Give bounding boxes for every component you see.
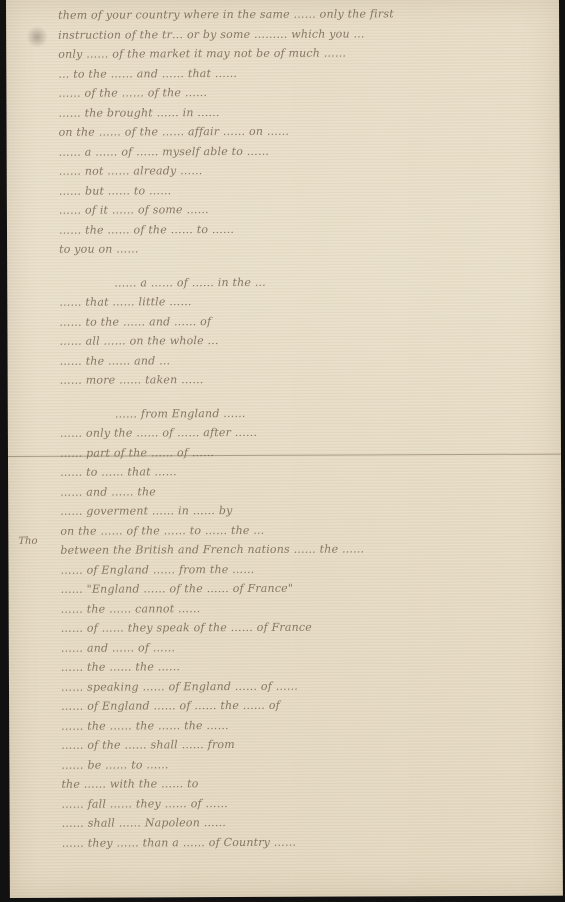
- handwritten-line: …… the …… and …: [60, 349, 560, 371]
- handwritten-line: on the …… of the …… to …… the …: [60, 519, 560, 541]
- handwritten-line: …… part of the …… of ……: [60, 441, 560, 463]
- letter-body: them of your country where in the same ……: [58, 4, 562, 853]
- handwritten-line: …… the …… the ……: [61, 656, 561, 678]
- paragraph-3: …… from England …… …… only the …… of …… …: [60, 402, 562, 853]
- handwritten-line: …… goverment …… in …… by: [60, 500, 560, 522]
- handwritten-line: only …… of the market it may not be of m…: [58, 43, 558, 65]
- handwritten-line: on the …… of the …… affair …… on ……: [59, 121, 559, 143]
- handwritten-line: …… the …… cannot ……: [61, 597, 561, 619]
- manuscript-page: them of your country where in the same ……: [6, 0, 563, 898]
- handwritten-line: …… they …… than a …… of Country ……: [62, 831, 562, 853]
- handwritten-line: …… of England …… from the ……: [60, 558, 560, 580]
- handwritten-line: …… fall …… they …… of ……: [61, 792, 561, 814]
- handwritten-line: …… and …… the: [60, 480, 560, 502]
- margin-annotation: Tho: [18, 536, 37, 547]
- handwritten-line: …… that …… little ……: [59, 291, 559, 313]
- handwritten-line: …… to …… that ……: [60, 461, 560, 483]
- ink-stain: [26, 26, 48, 48]
- handwritten-line: …… the …… of the …… to ……: [59, 218, 559, 240]
- handwritten-line: …… but …… to ……: [59, 179, 559, 201]
- handwritten-line: … to the …… and …… that ……: [58, 62, 558, 84]
- handwritten-line: …… a …… of …… in the …: [59, 271, 559, 293]
- handwritten-line: …… of …… they speak of the …… of France: [61, 617, 561, 639]
- handwritten-line: …… shall …… Napoleon ……: [62, 812, 562, 834]
- handwritten-line: …… the …… the …… the ……: [61, 714, 561, 736]
- handwritten-line: …… not …… already ……: [59, 160, 559, 182]
- handwritten-line: …… be …… to ……: [61, 753, 561, 775]
- handwritten-line: …… and …… of ……: [61, 636, 561, 658]
- handwritten-line: …… all …… on the whole …: [59, 330, 559, 352]
- handwritten-line: between the British and French nations ……: [60, 539, 560, 561]
- handwritten-line: …… more …… taken ……: [60, 369, 560, 391]
- handwritten-line: …… the brought …… in ……: [58, 101, 558, 123]
- handwritten-line: …… of the …… shall …… from: [61, 734, 561, 756]
- handwritten-line: …… a …… of …… myself able to ……: [59, 140, 559, 162]
- handwritten-line: …… to the …… and …… of: [59, 310, 559, 332]
- handwritten-line: instruction of the tr… or by some ……… wh…: [58, 23, 558, 45]
- handwritten-line: …… only the …… of …… after ……: [60, 422, 560, 444]
- handwritten-line: them of your country where in the same ……: [58, 4, 558, 26]
- paragraph-2: …… a …… of …… in the … …… that …… little…: [59, 271, 560, 390]
- handwritten-line: the …… with the …… to: [61, 773, 561, 795]
- paragraph-1: them of your country where in the same ……: [58, 4, 559, 260]
- handwritten-line: …… of the …… of the ……: [58, 82, 558, 104]
- handwritten-line: …… from England ……: [60, 402, 560, 424]
- handwritten-line: …… speaking …… of England …… of ……: [61, 675, 561, 697]
- handwritten-line: …… of it …… of some ……: [59, 199, 559, 221]
- handwritten-line: …… "England …… of the …… of France": [61, 578, 561, 600]
- handwritten-line: to you on ……: [59, 238, 559, 260]
- handwritten-line: …… of England …… of …… the …… of: [61, 695, 561, 717]
